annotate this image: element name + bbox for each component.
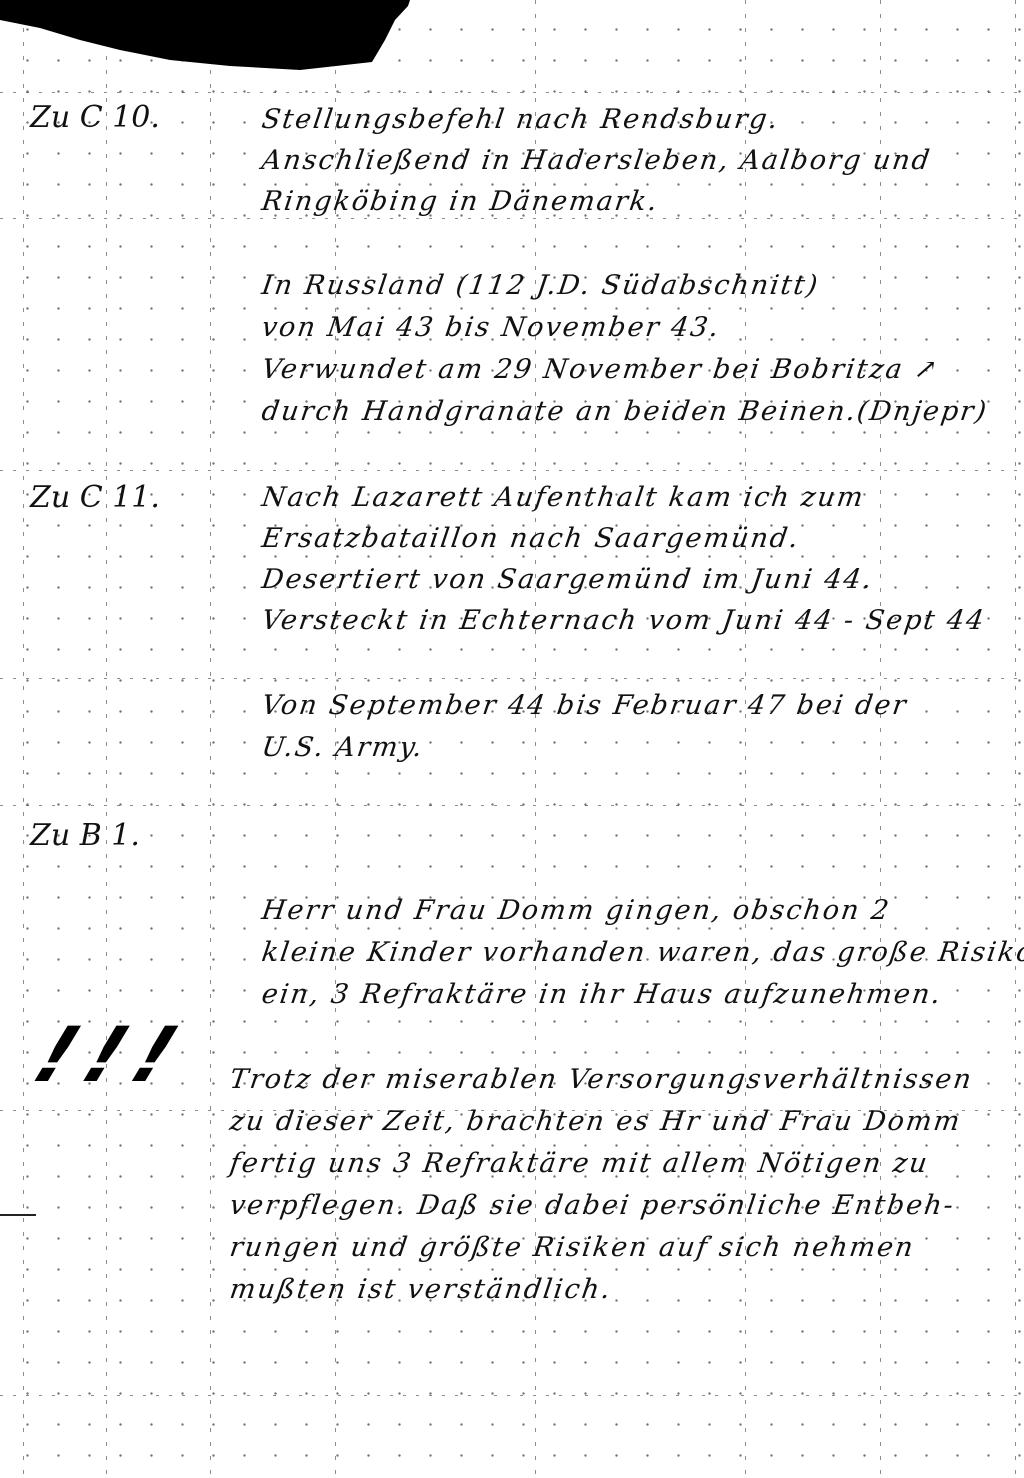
margin-dash xyxy=(0,1214,36,1216)
text-line: mußten ist verständlich. xyxy=(228,1274,614,1305)
text-line: Von September 44 bis Februar 47 bei der xyxy=(260,690,910,721)
grid-line xyxy=(0,218,1024,219)
grid-line xyxy=(0,1395,1024,1396)
grid-line xyxy=(0,92,1024,93)
text-line: fertig uns 3 Refraktäre mit allem Nötige… xyxy=(228,1148,931,1179)
text-line: kleine Kinder vorhanden waren, das große… xyxy=(260,937,1024,968)
text-line: durch Handgranate an beiden Beinen.(Dnje… xyxy=(260,396,990,427)
grid-line xyxy=(210,0,211,1478)
text-line: Stellungsbefehl nach Rendsburg. xyxy=(260,104,782,135)
text-line: ein, 3 Refraktäre in ihr Haus aufzunehme… xyxy=(260,979,944,1010)
text-line: von Mai 43 bis November 43. xyxy=(260,312,723,343)
torn-corner xyxy=(0,0,420,70)
text-line: Ersatzbataillon nach Saargemünd. xyxy=(260,523,802,554)
text-line: In Russland (112 J.D. Südabschnitt) xyxy=(260,270,821,301)
text-line: rungen und größte Risiken auf sich nehme… xyxy=(228,1232,917,1263)
text-line: zu dieser Zeit, brachten es Hr und Frau … xyxy=(228,1106,964,1137)
grid-line xyxy=(106,0,107,1478)
text-line: Ringköbing in Dänemark. xyxy=(260,186,661,217)
text-line: Desertiert von Saargemünd im Juni 44. xyxy=(260,564,876,595)
text-line: U.S. Army. xyxy=(260,732,426,763)
grid-line xyxy=(0,805,1024,806)
text-line: Herr und Frau Domm gingen, obschon 2 xyxy=(260,895,893,926)
text-line: Anschließend in Hadersleben, Aalborg und xyxy=(260,145,933,176)
text-line: Nach Lazarett Aufenthalt kam ich zum xyxy=(260,482,867,513)
section-label-b1: Zu B 1. xyxy=(30,818,140,853)
section-label-c11: Zu C 11. xyxy=(30,480,160,515)
text-line: verpflegen. Daß sie dabei persönliche En… xyxy=(228,1190,957,1221)
grid-line xyxy=(23,0,24,1478)
text-line: Versteckt in Echternach vom Juni 44 - Se… xyxy=(260,605,988,636)
text-line: Verwundet am 29 November bei Bobritza ↗ xyxy=(260,354,941,385)
grid-line xyxy=(1015,0,1016,1478)
grid-line xyxy=(0,678,1024,679)
section-label-c10: Zu C 10. xyxy=(30,100,160,135)
grid-line xyxy=(0,470,1024,471)
text-line: Trotz der miserablen Versorgungsverhältn… xyxy=(228,1064,975,1095)
